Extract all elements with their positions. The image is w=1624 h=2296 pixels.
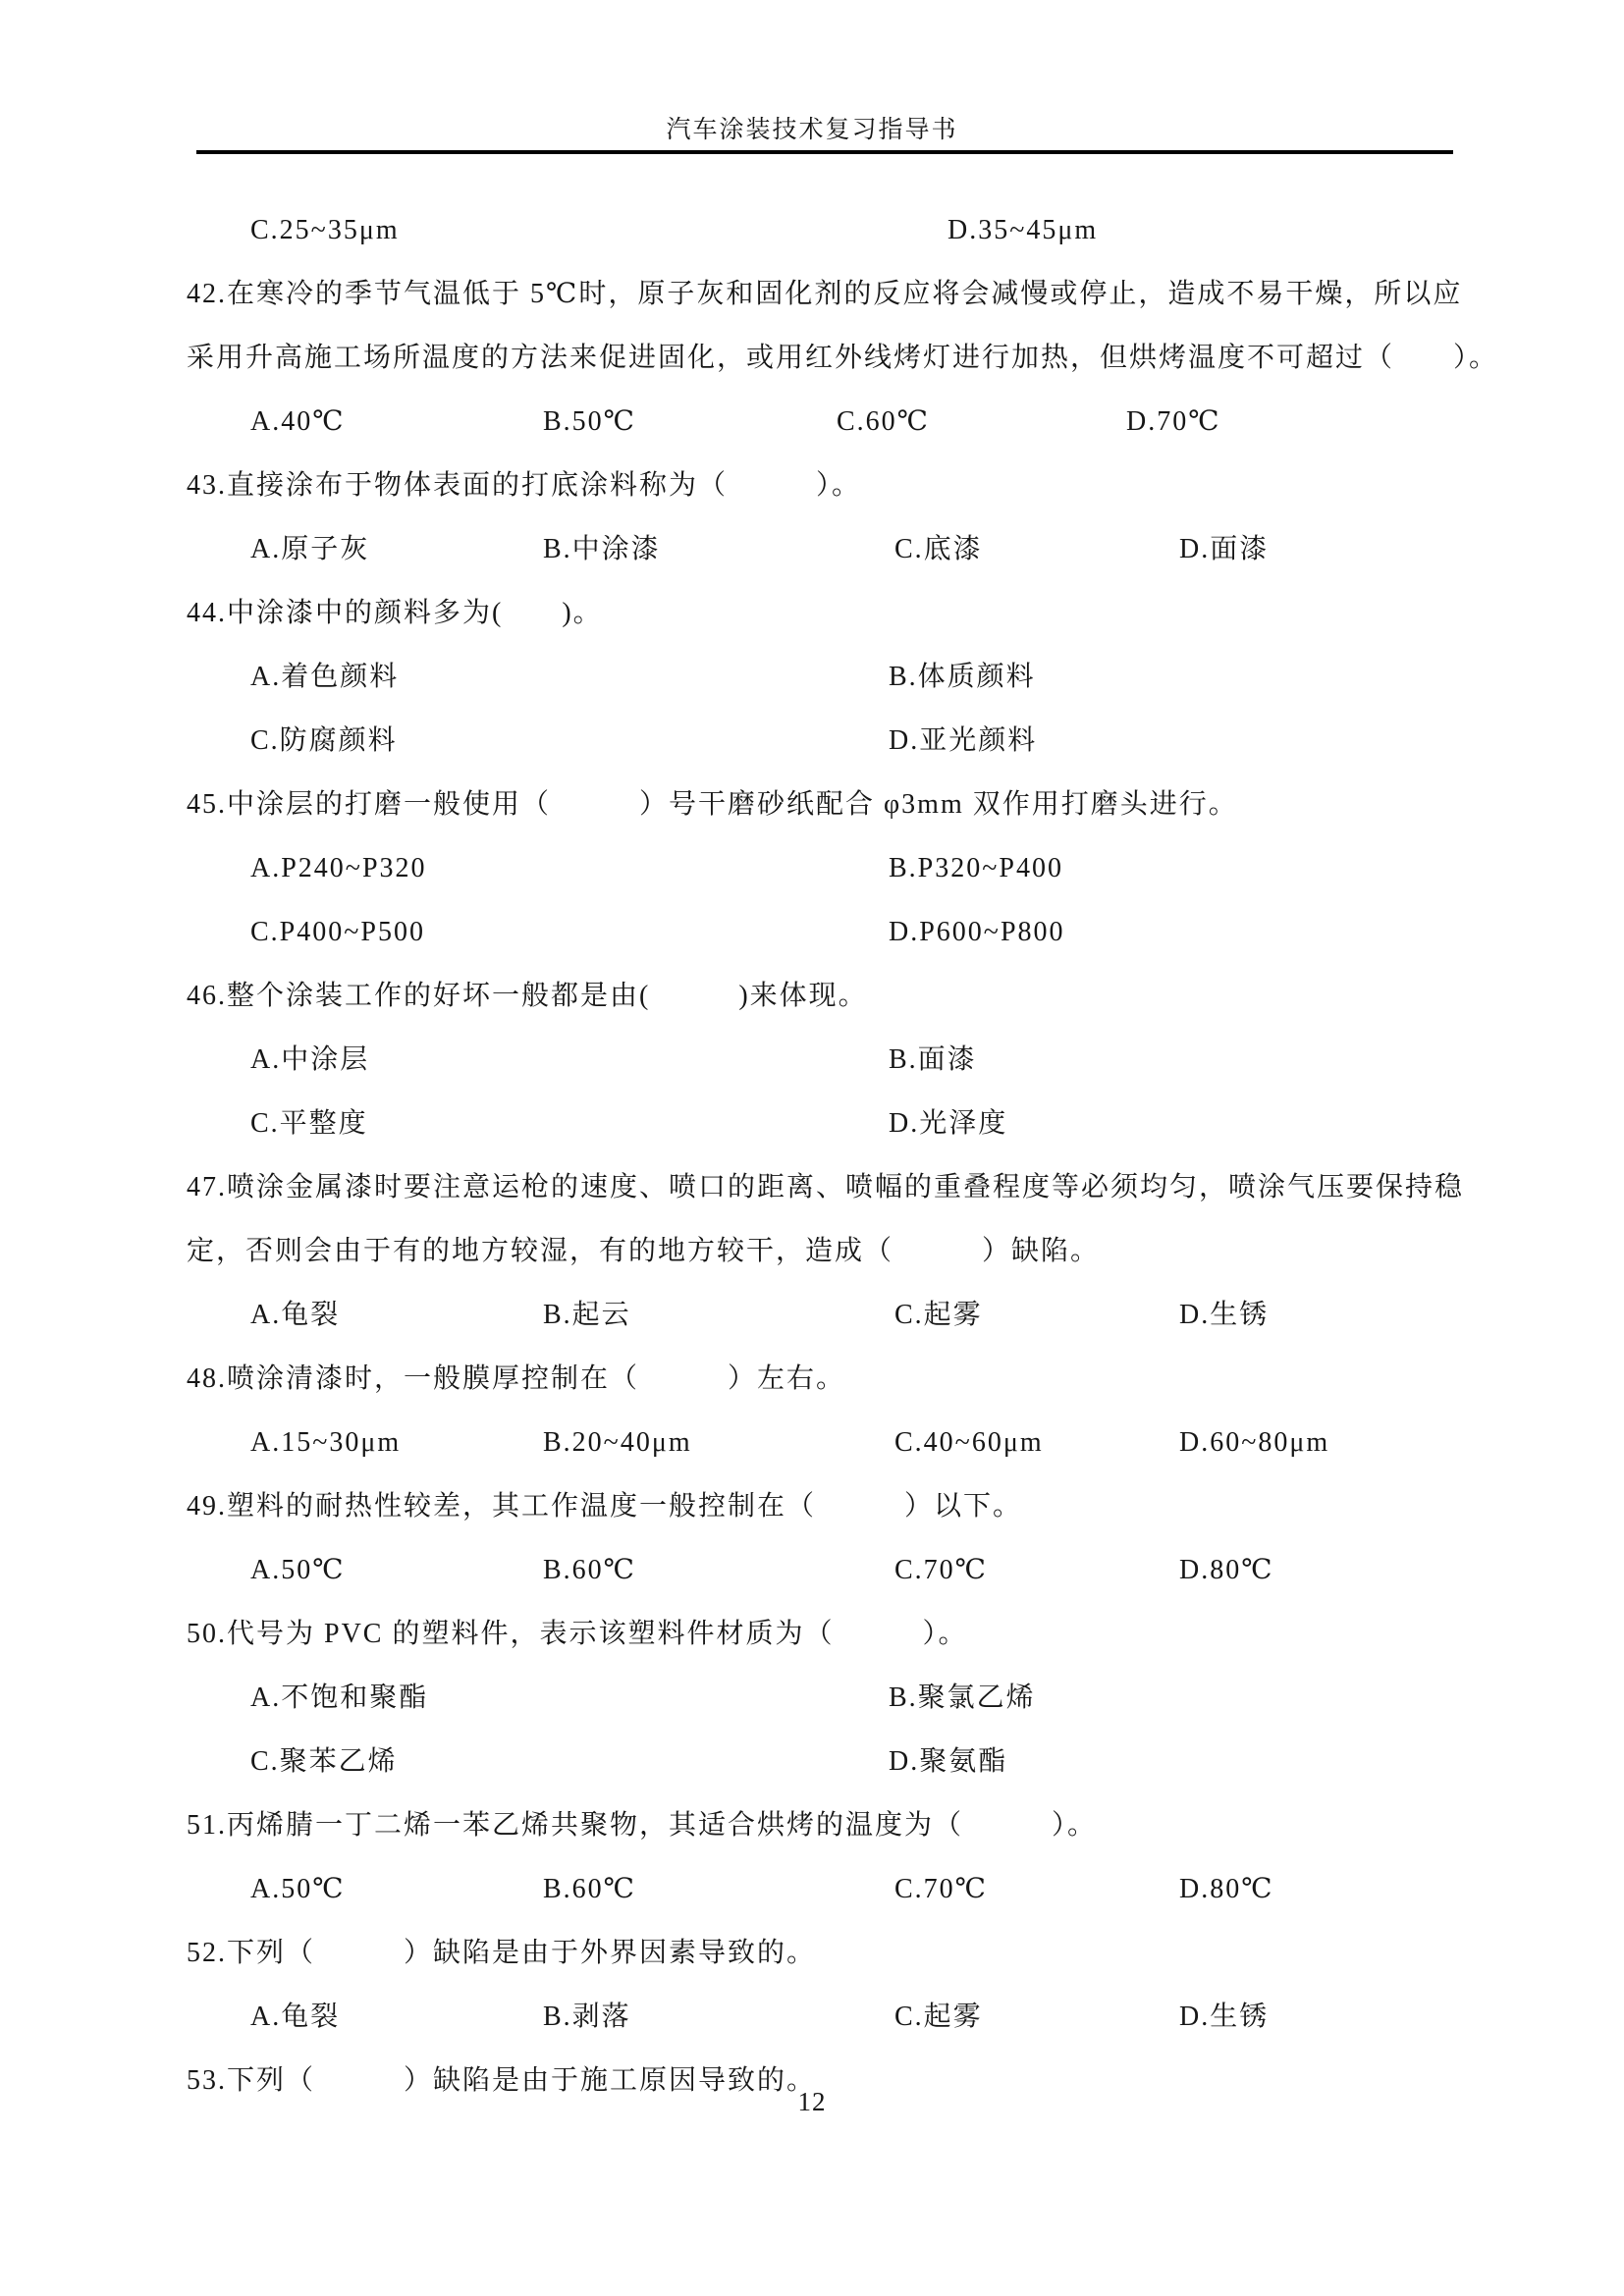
question-list: C.25~35μmD.35~45μm42.在寒冷的季节气温低于 5℃时，原子灰和… [187,198,1497,2112]
option-a: A.不饱和聚酯 [250,1666,428,1730]
question-text: 50.代号为 PVC 的塑料件，表示该塑料件材质为（ ）。 [187,1602,967,1666]
page-number: 12 [0,2087,1624,2117]
option-d: D.70℃ [1126,390,1221,454]
option-b: B.面漆 [889,1028,977,1092]
options-row: A.中涂层B.面漆 [187,1028,1497,1092]
question-text: 46.整个涂装工作的好坏一般都是由( )来体现。 [187,964,868,1028]
question-text-line: 42.在寒冷的季节气温低于 5℃时，原子灰和固化剂的反应将会减慢或停止，造成不易… [187,262,1497,326]
option-c: C.60℃ [837,390,930,454]
option-b: B.聚氯乙烯 [889,1666,1036,1730]
option-a: A.着色颜料 [250,645,399,709]
options-row: A.P240~P320B.P320~P400 [187,836,1497,900]
option-c: C.70℃ [894,1857,988,1921]
option-b: B.体质颜料 [889,645,1036,709]
option-d: D.亚光颜料 [889,709,1037,773]
option-c: C.25~35μm [250,198,400,262]
option-d: D.生锈 [1179,1985,1269,2049]
question-text-line: 52.下列（ ）缺陷是由于外界因素导致的。 [187,1921,1497,1985]
options-row: A.15~30μmB.20~40μmC.40~60μmD.60~80μm [187,1411,1497,1474]
options-row: C.P400~P500D.P600~P800 [187,900,1497,964]
question-text: 47.喷涂金属漆时要注意运枪的速度、喷口的距离、喷幅的重叠程度等必须均匀，喷涂气… [187,1155,1464,1219]
option-d: D.光泽度 [889,1092,1007,1155]
option-d: D.生锈 [1179,1283,1269,1347]
option-d: D.80℃ [1179,1538,1274,1602]
option-c: C.平整度 [250,1092,368,1155]
option-d: D.80℃ [1179,1857,1274,1921]
question-text-line: 51.丙烯腈一丁二烯一苯乙烯共聚物，其适合烘烤的温度为（ ）。 [187,1793,1497,1857]
question-text-line: 47.喷涂金属漆时要注意运枪的速度、喷口的距离、喷幅的重叠程度等必须均匀，喷涂气… [187,1155,1497,1219]
option-a: A.40℃ [250,390,346,454]
option-a: A.龟裂 [250,1985,340,2049]
options-row: A.着色颜料B.体质颜料 [187,645,1497,709]
options-row: A.龟裂B.起云C.起雾D.生锈 [187,1283,1497,1347]
options-row: C.平整度D.光泽度 [187,1092,1497,1155]
option-d: D.面漆 [1179,517,1269,581]
options-row: C.防腐颜料D.亚光颜料 [187,709,1497,773]
question-text-line: 44.中涂漆中的颜料多为( )。 [187,581,1497,645]
header-rule [196,150,1453,154]
question-text: 49.塑料的耐热性较差，其工作温度一般控制在（ ）以下。 [187,1474,1022,1538]
option-b: B.50℃ [543,390,636,454]
option-b: B.起云 [543,1283,631,1347]
option-c: C.底漆 [894,517,983,581]
option-c: C.40~60μm [894,1411,1044,1474]
question-text: 52.下列（ ）缺陷是由于外界因素导致的。 [187,1921,816,1985]
question-text-line: 46.整个涂装工作的好坏一般都是由( )来体现。 [187,964,1497,1028]
options-row: A.不饱和聚酯B.聚氯乙烯 [187,1666,1497,1730]
option-c: C.70℃ [894,1538,988,1602]
option-a: A.中涂层 [250,1028,369,1092]
option-d: D.35~45μm [947,198,1098,262]
option-a: A.50℃ [250,1538,346,1602]
options-row: A.40℃B.50℃C.60℃D.70℃ [187,390,1497,454]
options-row: A.龟裂B.剥落C.起雾D.生锈 [187,1985,1497,2049]
option-c: C.起雾 [894,1283,983,1347]
option-b: B.剥落 [543,1985,631,2049]
options-row: A.原子灰B.中涂漆C.底漆D.面漆 [187,517,1497,581]
option-a: A.龟裂 [250,1283,340,1347]
question-text-line: 采用升高施工场所温度的方法来促进固化，或用红外线烤灯进行加热，但烘烤温度不可超过… [187,326,1497,390]
question-text-line: 48.喷涂清漆时，一般膜厚控制在（ ）左右。 [187,1347,1497,1411]
option-c: C.P400~P500 [250,900,425,964]
option-b: B.60℃ [543,1538,636,1602]
page-header-title: 汽车涂装技术复习指导书 [0,110,1624,145]
option-c: C.聚苯乙烯 [250,1730,398,1793]
question-text-line: 43.直接涂布于物体表面的打底涂料称为（ ）。 [187,454,1497,517]
exam-page: 汽车涂装技术复习指导书 C.25~35μmD.35~45μm42.在寒冷的季节气… [0,0,1624,2296]
options-row: C.聚苯乙烯D.聚氨酯 [187,1730,1497,1793]
option-c: C.防腐颜料 [250,709,398,773]
option-b: B.60℃ [543,1857,636,1921]
option-c: C.起雾 [894,1985,983,2049]
question-text-line: 定，否则会由于有的地方较湿，有的地方较干，造成（ ）缺陷。 [187,1219,1497,1283]
question-text: 定，否则会由于有的地方较湿，有的地方较干，造成（ ）缺陷。 [187,1219,1100,1283]
question-text: 44.中涂漆中的颜料多为( )。 [187,581,603,645]
option-b: B.P320~P400 [889,836,1063,900]
option-d: D.60~80μm [1179,1411,1329,1474]
option-a: A.原子灰 [250,517,369,581]
question-text-line: 49.塑料的耐热性较差，其工作温度一般控制在（ ）以下。 [187,1474,1497,1538]
question-text: 42.在寒冷的季节气温低于 5℃时，原子灰和固化剂的反应将会减慢或停止，造成不易… [187,262,1462,326]
option-b: B.20~40μm [543,1411,692,1474]
question-text: 采用升高施工场所温度的方法来促进固化，或用红外线烤灯进行加热，但烘烤温度不可超过… [187,326,1498,390]
option-d: D.P600~P800 [889,900,1065,964]
options-row: A.50℃B.60℃C.70℃D.80℃ [187,1538,1497,1602]
question-text: 48.喷涂清漆时，一般膜厚控制在（ ）左右。 [187,1347,845,1411]
question-text-line: 50.代号为 PVC 的塑料件，表示该塑料件材质为（ ）。 [187,1602,1497,1666]
options-row: C.25~35μmD.35~45μm [187,198,1497,262]
question-text: 43.直接涂布于物体表面的打底涂料称为（ ）。 [187,454,861,517]
option-d: D.聚氨酯 [889,1730,1007,1793]
options-row: A.50℃B.60℃C.70℃D.80℃ [187,1857,1497,1921]
option-b: B.中涂漆 [543,517,661,581]
option-a: A.15~30μm [250,1411,401,1474]
option-a: A.P240~P320 [250,836,427,900]
option-a: A.50℃ [250,1857,346,1921]
question-text: 51.丙烯腈一丁二烯一苯乙烯共聚物，其适合烘烤的温度为（ ）。 [187,1793,1097,1857]
question-text: 45.中涂层的打磨一般使用（ ）号干磨砂纸配合 φ3mm 双作用打磨头进行。 [187,773,1238,836]
question-text-line: 45.中涂层的打磨一般使用（ ）号干磨砂纸配合 φ3mm 双作用打磨头进行。 [187,773,1497,836]
